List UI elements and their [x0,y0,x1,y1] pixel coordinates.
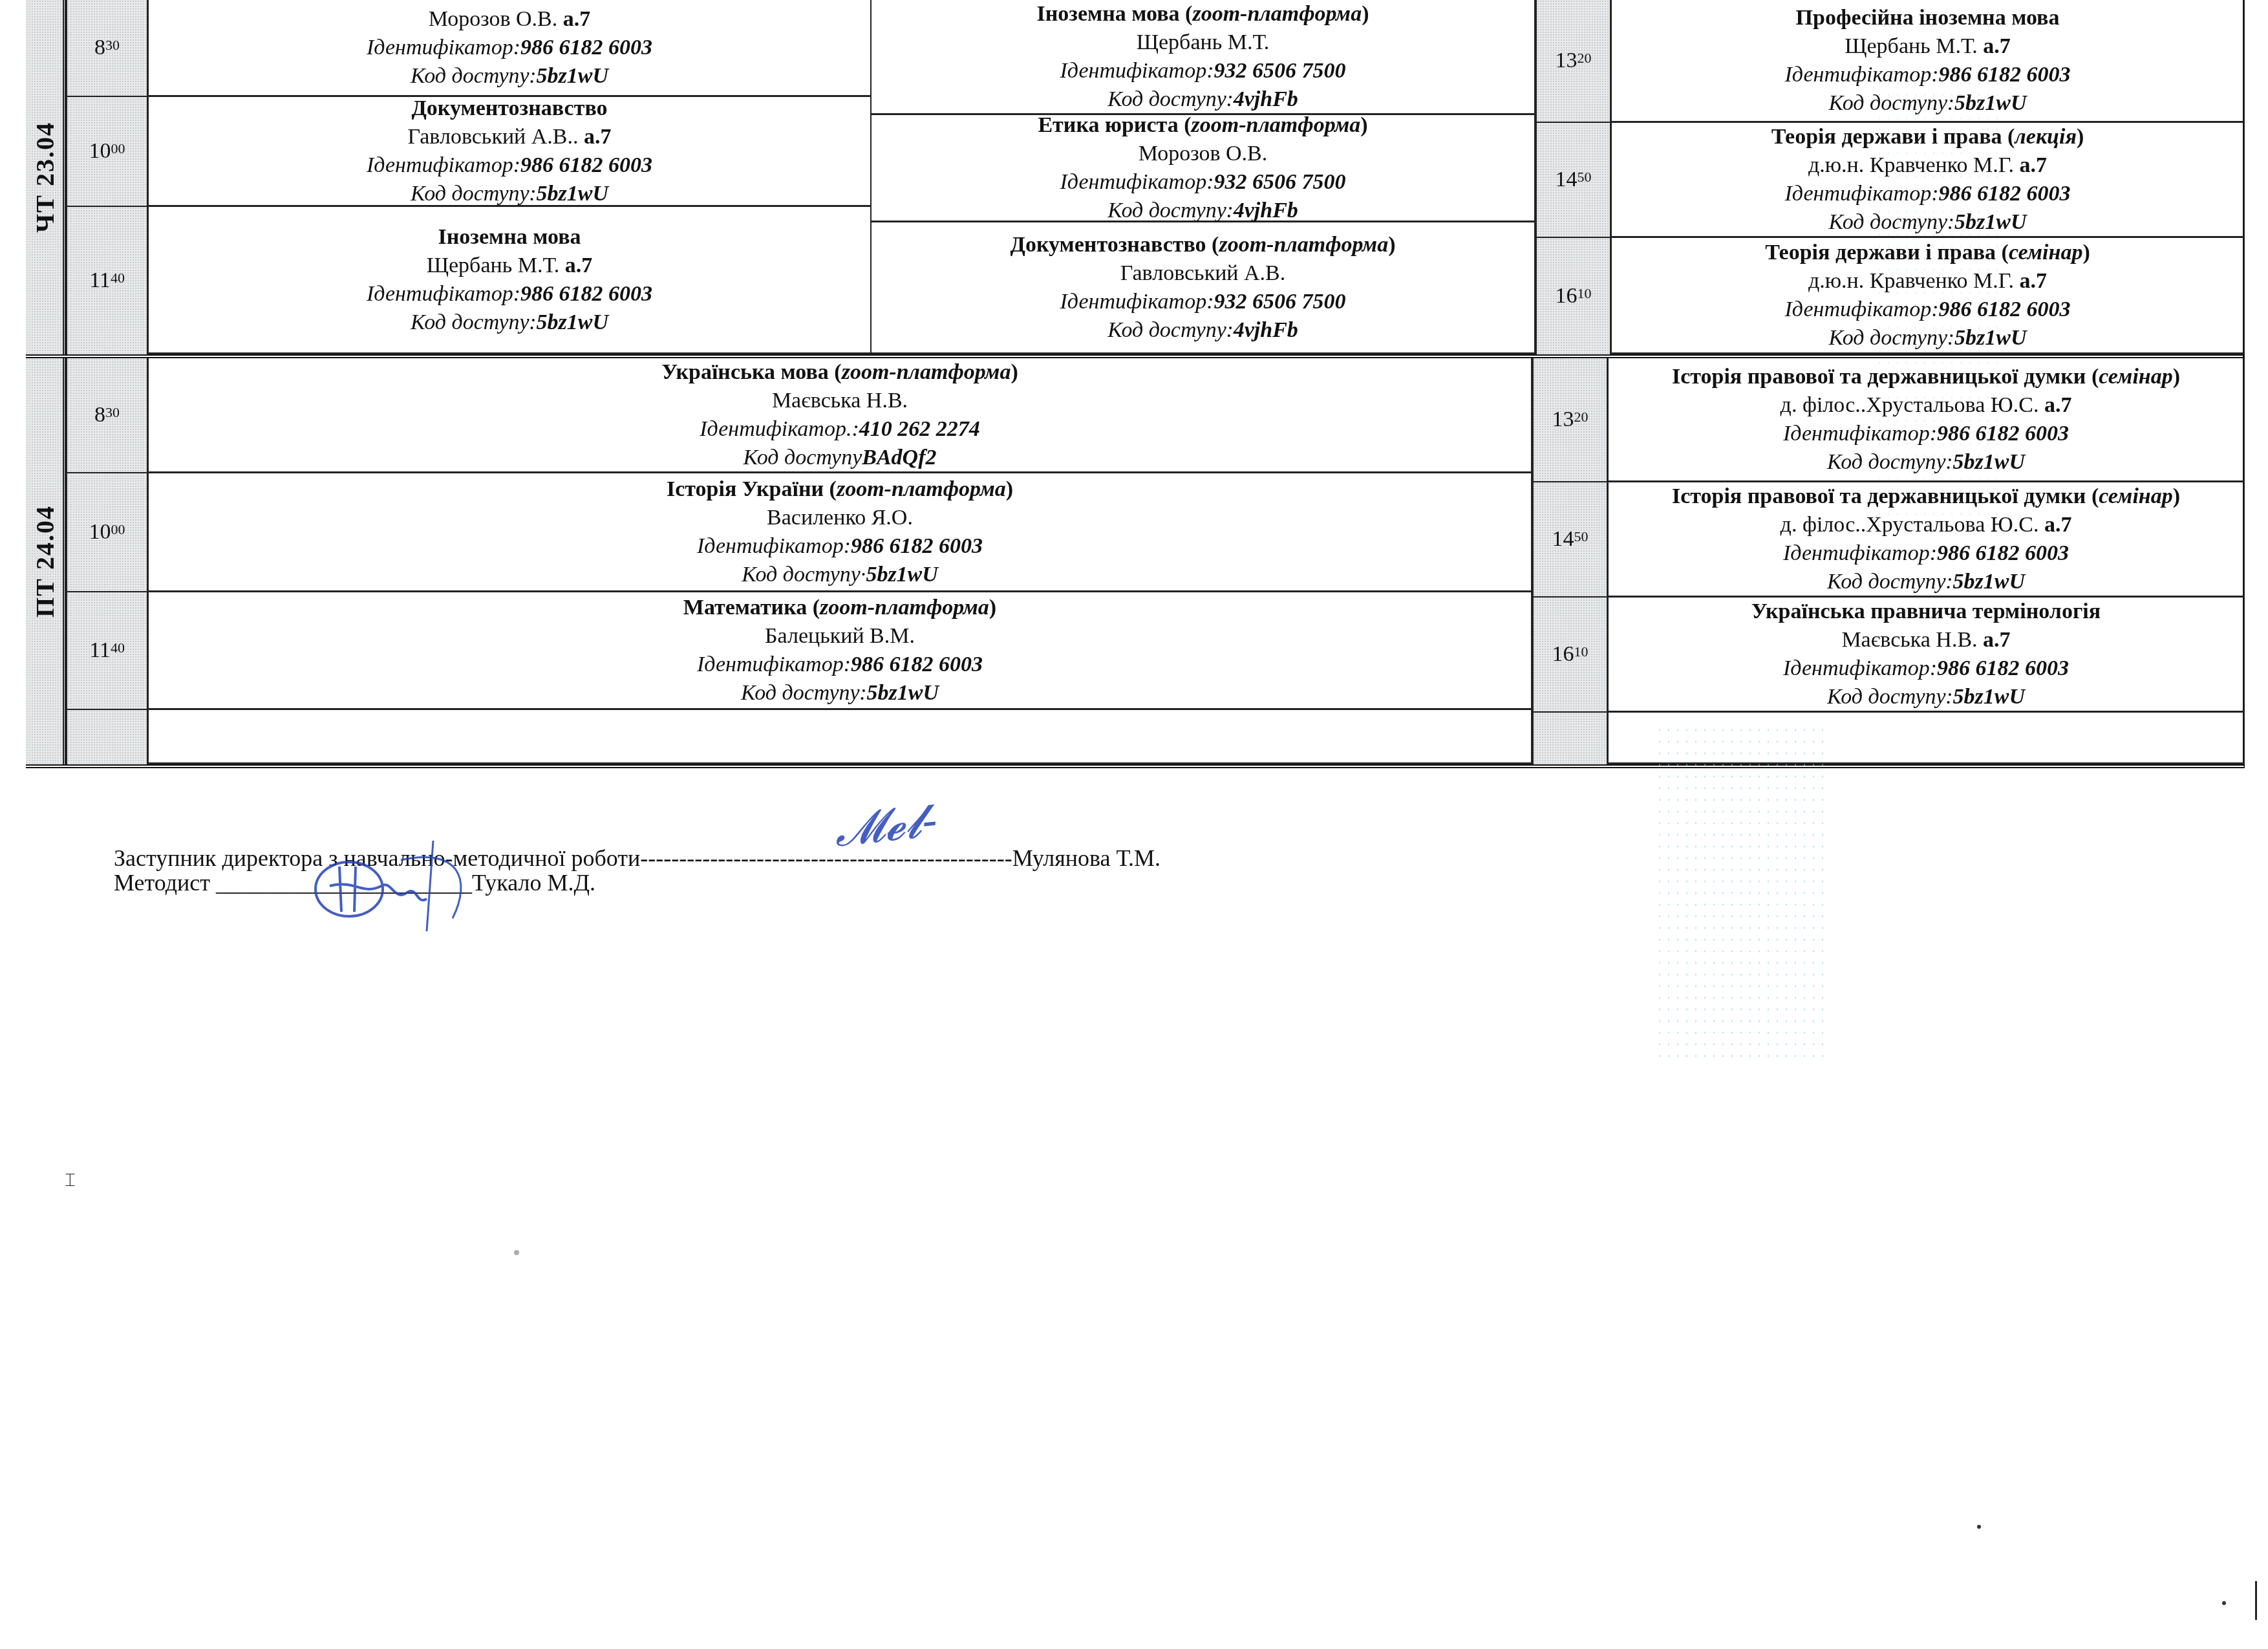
lesson-subject: Документознавство [411,94,607,123]
lesson-subject: Українська мова (zoom-платформа) [661,358,1018,387]
subject-name: Іноземна мова [1037,2,1180,26]
lesson-mode: zoom-платформа [1192,2,1362,26]
lesson-mode: семінар [2009,241,2083,264]
subject-name: Історія України [667,477,824,501]
access-code-label: Код доступу: [411,310,537,334]
identifier-label: Ідентифікатор: [1783,656,1937,680]
teacher-name: Морозов О.В. [429,7,557,31]
room-number: а.7 [1983,34,2011,58]
time-hour: 11 [89,268,111,293]
access-code-label: Код доступу: [1827,685,1953,709]
identifier-label: Ідентифікатор: [367,282,520,306]
access-code-label: Код доступу: [411,64,537,88]
time-slot [1534,713,1607,764]
time-hour: 13 [1556,48,1578,73]
time-slot: 1320 [1537,0,1610,123]
time-hour: 10 [89,139,111,164]
lesson-mode: семінар [2099,484,2173,508]
time-hour: 10 [89,520,111,544]
time-slot: 1140 [67,592,147,710]
access-code: Код доступуBAdQf2 [744,444,937,472]
identifier-label: Ідентифікатор: [1783,541,1937,565]
lesson-subject: Українська правнича термінологія [1751,598,2101,626]
identifier-label: Ідентифікатор.: [700,417,859,441]
room-number: а.7 [2044,513,2072,537]
access-code-value: 5bz1wU [866,563,937,587]
identifier-label: Ідентифікатор: [1060,59,1214,83]
scan-noise [1655,724,1823,1061]
lesson-cell: Іноземна моваЩербань М.Т. а.7Ідентифікат… [149,207,872,354]
identifier-value: 986 6182 6003 [851,652,983,676]
access-code-label: Код доступу· [742,563,866,587]
zoom-identifier: Ідентифікатор:986 6182 6003 [697,651,983,679]
lesson-subject: Історія України (zoom-платформа) [667,475,1013,504]
time-minute: 10 [1578,285,1592,302]
room-number: а.7 [2020,269,2048,293]
identifier-label: Ідентифікатор: [697,652,851,676]
access-code: Код доступу:5bz1wU [411,308,608,337]
lesson-subject: Документознавство (zoom-платформа) [1010,231,1395,259]
time-slot: 1000 [67,97,147,207]
lesson-cell: Українська мова (zoom-платформа)Маєвська… [149,358,1532,473]
room-number: а.7 [563,7,591,31]
zoom-identifier: Ідентифікатор:986 6182 6003 [1783,539,2069,568]
subject-name: Українська правнича термінологія [1751,599,2101,623]
identifier-value: 986 6182 6003 [520,36,652,59]
lesson-mode: zoom-платформа [837,477,1006,501]
lesson-teacher: Морозов О.В. [1139,140,1267,168]
access-code: Код доступу:5bz1wU [1827,568,2025,596]
zoom-identifier: Ідентифікатор:986 6182 6003 [367,280,652,308]
subject-name: Документознавство [411,96,607,120]
time-slot: 830 [67,358,147,473]
lesson-cell: Історія України (zoom-платформа)Василенк… [149,473,1532,592]
time-hour: 16 [1552,642,1574,667]
access-code-value: 4vjhFb [1234,199,1298,222]
identifier-value: 986 6182 6003 [520,282,652,306]
lesson-teacher: Маєвська Н.В. а.7 [1841,626,2010,654]
footer-line-deputy: Заступник директора з навчально-методичн… [114,845,1161,872]
signature-methodist-icon [304,841,511,931]
subject-name: Українська мова [661,360,829,384]
lesson-cell: Іноземна мова (zoom-платформа)Щербань М.… [872,0,1535,115]
lesson-teacher: Василенко Я.О. [767,504,913,532]
zoom-identifier: Ідентифікатор:986 6182 6003 [697,532,983,561]
lesson-teacher: Щербань М.Т. а.7 [1845,32,2011,61]
access-code-value: 5bz1wU [537,182,608,206]
zoom-identifier: Ідентифікатор.:410 262 2274 [700,415,979,444]
teacher-name: Василенко Я.О. [767,506,913,530]
identifier-value: 932 6506 7500 [1214,290,1345,314]
lesson-subject: Математика (zoom-платформа) [683,594,996,622]
zoom-identifier: Ідентифікатор:932 6506 7500 [1060,57,1346,85]
time-slot: 830 [67,0,147,97]
time-column-thu-right: 132014501610 [1535,0,1612,354]
identifier-label: Ідентифікатор: [367,153,520,177]
time-slot: 1450 [1537,123,1610,238]
lesson-mode: zoom-платформа [842,360,1011,384]
identifier-value: 410 262 2274 [859,417,980,441]
room-number: а.7 [565,253,593,277]
time-column-thu-left: 83010001140 [66,0,149,354]
signature-deputy: 𝓜𝓮𝓵- [831,793,939,857]
identifier-label: Ідентифікатор: [1060,290,1214,314]
time-column-fri-right: 132014501610 [1532,358,1609,764]
access-code-value: 5bz1wU [1953,570,2025,594]
zoom-identifier: Ідентифікатор:932 6506 7500 [1060,288,1346,316]
time-minute: 30 [105,404,120,421]
identifier-label: Ідентифікатор: [697,534,851,558]
lesson-cell: ДокументознавствоГавловський А.В.. а.7Ід… [149,97,872,207]
subject-name: Етика юриста [1038,113,1178,137]
access-code-value: 5bz1wU [867,681,939,705]
access-code-value: 5bz1wU [537,310,608,334]
access-code: Код доступу:4vjhFb [1107,197,1298,225]
time-minute: 00 [111,521,125,538]
access-code-label: Код доступу: [1107,87,1234,111]
lesson-cell: Математика (zoom-платформа)Балецький В.М… [149,592,1532,710]
time-minute: 50 [1574,528,1589,545]
access-code-label: Код доступу: [1827,570,1953,594]
lesson-cell: Українська правнича термінологіяМаєвська… [1609,598,2245,713]
lesson-cell [149,710,1532,764]
teacher-name: Маєвська Н.В. [1841,628,1977,652]
teacher-name: Гавловський А.В. [1120,261,1286,285]
lesson-mode: zoom-платформа [820,596,989,620]
zoom-identifier: Ідентифікатор:986 6182 6003 [367,34,652,62]
room-number: а.7 [2020,153,2048,177]
access-code: Код доступу:5bz1wU [1827,683,2025,711]
time-column-fri-left: 83010001140 [66,358,149,764]
access-code-value: 4vjhFb [1234,87,1298,111]
time-slot: 1140 [67,207,147,354]
time-slot: 1450 [1534,482,1607,598]
time-slot: 1610 [1537,238,1610,354]
time-minute: 10 [1574,643,1589,660]
teacher-name: Щербань М.Т. [1845,34,1978,58]
deputy-name: Мулянова Т.М. [1012,845,1161,871]
lesson-cell: Документознавство (zoom-платформа)Гавлов… [872,222,1535,354]
room-number: а.7 [1983,628,2011,652]
lesson-teacher: Щербань М.Т. [1137,28,1270,57]
scan-line [2255,1581,2257,1620]
lesson-teacher: Гавловський А.В.. а.7 [407,123,611,151]
identifier-label: Ідентифікатор: [1060,170,1214,194]
zoom-identifier: Ідентифікатор:932 6506 7500 [1060,168,1346,197]
scan-mark: ⌶ [65,1170,76,1191]
zoom-identifier: Ідентифікатор:986 6182 6003 [367,151,652,180]
time-hour: 14 [1556,167,1578,192]
teacher-name: Маєвська Н.В. [772,389,908,413]
time-hour: 8 [94,403,105,427]
lesson-teacher: Маєвська Н.В. [772,387,908,415]
scan-speck [514,1250,519,1255]
access-code-label: Код доступу [744,446,862,469]
time-slot [67,710,147,764]
access-code-label: Код доступу: [1107,318,1234,342]
time-hour: 14 [1552,527,1574,552]
time-hour: 16 [1556,284,1578,308]
lesson-teacher: Морозов О.В. а.7 [429,5,590,34]
lesson-teacher: Гавловський А.В. [1120,259,1286,288]
lesson-subject: Етика юриста (zoom-платформа) [1038,111,1367,140]
teacher-name: Балецький В.М. [765,624,915,648]
teacher-name: Морозов О.В. [1139,142,1267,166]
lesson-mode: семінар [2099,365,2173,389]
access-code: Код доступу:5bz1wU [411,180,608,208]
day-label-fri: ПТ 24.04 [29,505,59,618]
time-minute: 20 [1578,50,1592,67]
time-minute: 50 [1578,169,1592,186]
access-code: Код доступу:5bz1wU [741,679,939,707]
signature-methodist [304,841,511,942]
time-minute: 40 [111,270,125,286]
access-code: Код доступу·5bz1wU [742,561,938,589]
deputy-dashes: ----------------------------------------… [640,845,1012,871]
lesson-teacher: Балецький В.М. [765,622,915,651]
lesson-cell: Етика юриста (zoom-платформа)Морозов О.В… [872,115,1535,222]
identifier-value: 986 6182 6003 [851,534,983,558]
lesson-subject: Професійна іноземна мова [1796,4,2060,32]
time-minute: 40 [111,640,125,656]
day-label-thu: ЧТ 23.04 [29,122,59,233]
time-hour: 13 [1552,407,1574,432]
subject-name: Професійна іноземна мова [1796,6,2060,30]
access-code-label: Код доступу: [1107,199,1234,222]
day-column-thu: ЧТ 23.04 [26,0,66,354]
access-code: Код доступу:4vjhFb [1107,316,1298,345]
lesson-subject: Іноземна мова (zoom-платформа) [1037,0,1369,28]
teacher-name: Щербань М.Т. [427,253,560,277]
identifier-value: 986 6182 6003 [1937,541,2069,565]
subject-name: Математика [683,596,807,620]
identifier-value: 986 6182 6003 [1937,656,2069,680]
access-code-value: 5bz1wU [537,64,608,88]
scan-speck [2222,1601,2226,1605]
identifier-value: 932 6506 7500 [1214,59,1345,83]
teacher-name: Гавловський А.В.. [407,125,578,149]
methodist-title: Методист [114,870,210,896]
subject-name: Іноземна мова [438,225,581,249]
access-code: Код доступу:4vjhFb [1107,85,1298,114]
access-code-value: BAdQf2 [862,446,936,469]
scan-speck [1977,1525,1981,1529]
identifier-label: Ідентифікатор: [367,36,520,59]
zoom-identifier: Ідентифікатор:986 6182 6003 [1783,654,2069,683]
access-code-value: 5bz1wU [1953,685,2025,709]
lesson-subject: Іноземна мова [438,223,581,252]
time-slot: 1610 [1534,598,1607,713]
time-hour: 8 [94,36,105,60]
time-minute: 00 [111,140,125,157]
access-code-label: Код доступу: [411,182,537,206]
lesson-mode: zoom-платформа [1191,113,1360,137]
time-slot: 1000 [67,473,147,592]
scan-noise [1875,78,2004,530]
time-minute: 30 [105,37,120,54]
room-number: а.7 [584,125,612,149]
subject-name: Документознавство [1010,233,1206,257]
time-hour: 11 [89,638,111,663]
lesson-cell: Морозов О.В. а.7Ідентифікатор:986 6182 6… [149,0,872,97]
lesson-teacher: Щербань М.Т. а.7 [427,252,593,280]
time-minute: 20 [1574,409,1589,426]
teacher-name: Щербань М.Т. [1137,30,1270,54]
day-column-fri: ПТ 24.04 [26,358,66,764]
lesson-mode: лекція [2015,125,2077,149]
room-number: а.7 [2044,393,2072,417]
access-code-label: Код доступу: [741,681,867,705]
access-code-value: 4vjhFb [1234,318,1298,342]
lesson-mode: zoom-платформа [1219,233,1388,257]
time-slot: 1320 [1534,358,1607,482]
identifier-value: 986 6182 6003 [520,153,652,177]
access-code: Код доступу:5bz1wU [411,62,608,91]
identifier-value: 932 6506 7500 [1214,170,1345,194]
